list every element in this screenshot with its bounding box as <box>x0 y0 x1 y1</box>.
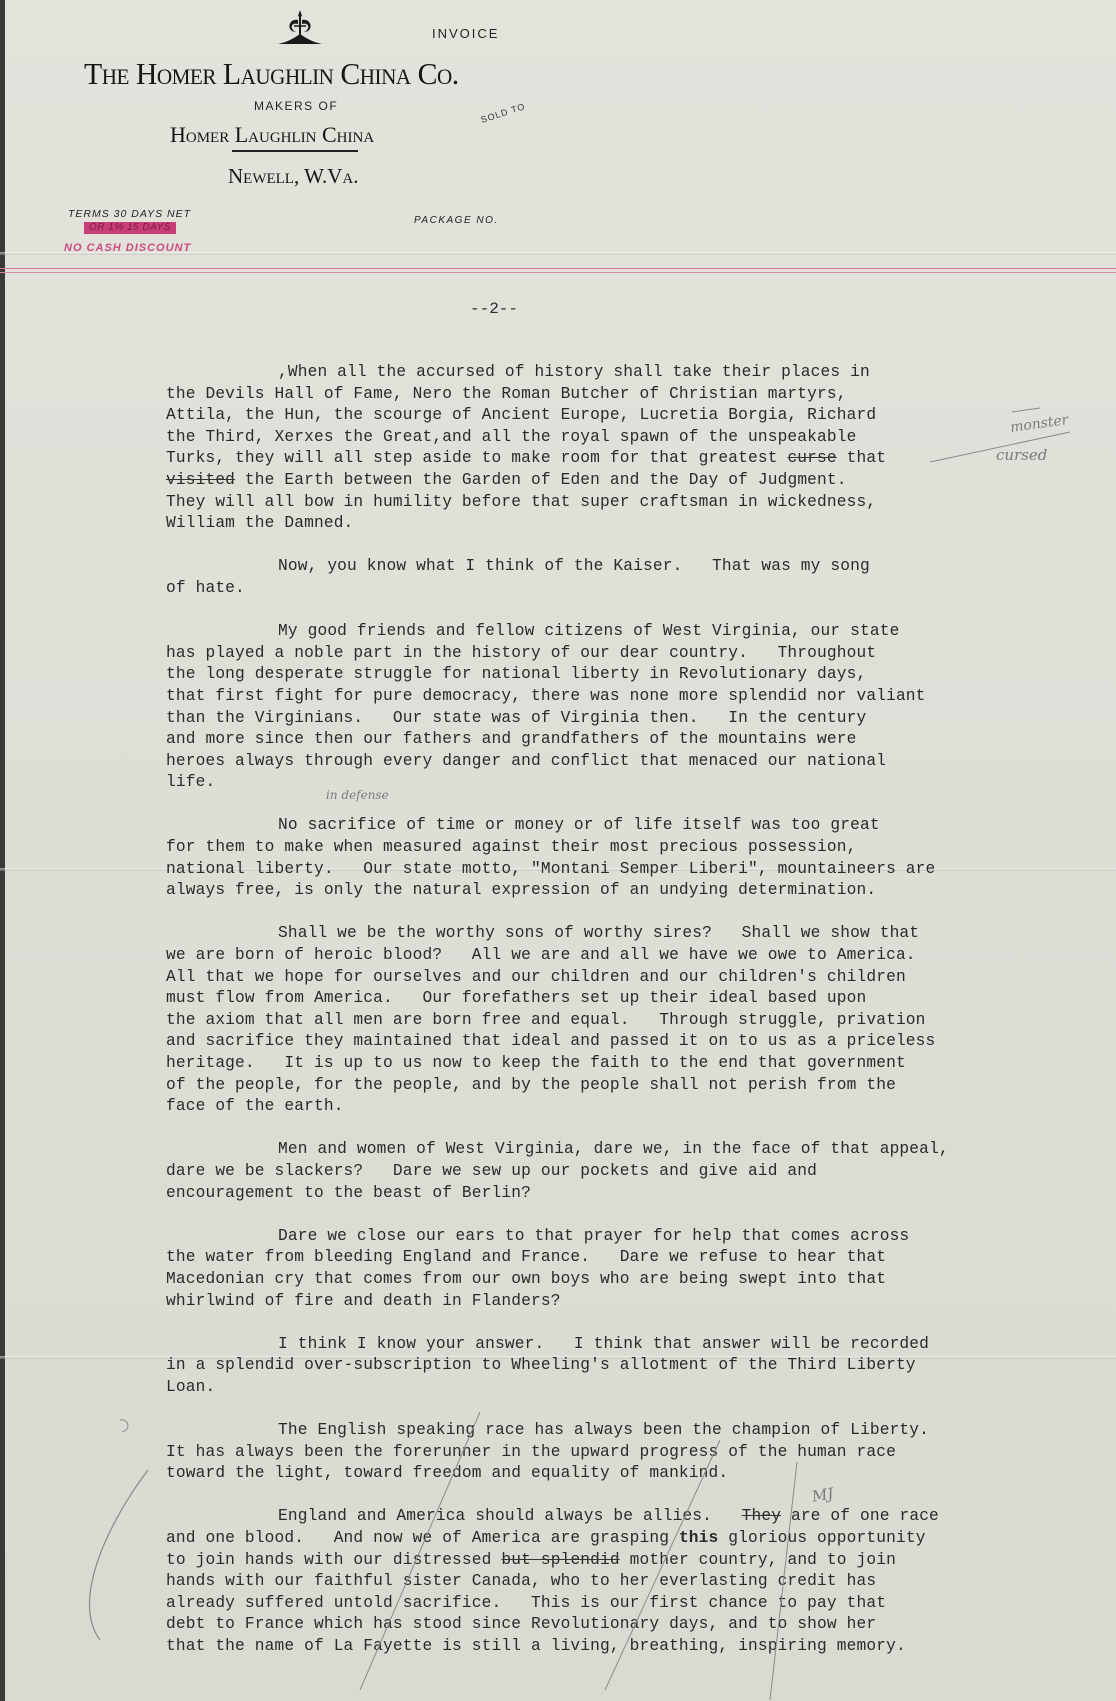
sold-to-label: SOLD TO <box>480 101 527 125</box>
text-line: Loan. <box>166 1377 1066 1399</box>
company-name: The Homer Laughlin China Co. <box>84 56 459 92</box>
text-run: dare we be slackers? Dare we sew up our … <box>166 1162 817 1180</box>
text-run: hands with our faithful sister Canada, w… <box>166 1572 876 1590</box>
text-run: the water from bleeding England and Fran… <box>166 1248 886 1266</box>
initials-note: MJ <box>811 1484 835 1505</box>
text-line: hands with our faithful sister Canada, w… <box>166 1571 1066 1593</box>
text-run: Now, you know what I think of the Kaiser… <box>278 557 870 575</box>
text-line: the long desperate struggle for national… <box>166 664 1066 686</box>
text-line: I think I know your answer. I think that… <box>166 1334 1066 1356</box>
text-run: Loan. <box>166 1378 215 1396</box>
text-run: All that we hope for ourselves and our c… <box>166 968 906 986</box>
text-line: England and America should always be all… <box>166 1506 1066 1528</box>
text-line: in a splendid over-subscription to Wheel… <box>166 1355 1066 1377</box>
text-run: toward the light, toward freedom and equ… <box>166 1464 728 1482</box>
text-line: and sacrifice they maintained that ideal… <box>166 1031 1066 1053</box>
text-run: William the Damned. <box>166 514 353 532</box>
text-line: to join hands with our distressed but sp… <box>166 1550 1066 1572</box>
text-line: debt to France which has stood since Rev… <box>166 1614 1066 1636</box>
text-run: must flow from America. Our forefathers … <box>166 989 866 1007</box>
text-line: than the Virginians. Our state was of Vi… <box>166 708 1066 730</box>
text-line: has played a noble part in the history o… <box>166 643 1066 665</box>
text-line: must flow from America. Our forefathers … <box>166 988 1066 1010</box>
text-line: heroes always through every danger and c… <box>166 751 1066 773</box>
company-location: Newell, W.Va. <box>228 164 359 189</box>
paragraph: The English speaking race has always bee… <box>166 1420 1066 1485</box>
inline-note: in defense <box>326 788 389 802</box>
text-line: we are born of heroic blood? All we are … <box>166 945 1066 967</box>
fleur-ornament-icon <box>274 8 326 48</box>
text-run: for them to make when measured against t… <box>166 838 857 856</box>
text-run: I think I know your answer. I think that… <box>278 1335 929 1353</box>
paragraph: No sacrifice of time or money or of life… <box>166 815 1066 901</box>
overtyped-text: this <box>679 1529 718 1547</box>
text-run: already suffered untold sacrifice. This … <box>166 1594 886 1612</box>
text-run: the axiom that all men are born free and… <box>166 1011 926 1029</box>
text-line: the axiom that all men are born free and… <box>166 1010 1066 1032</box>
text-run: that first fight for pure democracy, the… <box>166 687 926 705</box>
text-run: of the people, for the people, and by th… <box>166 1076 896 1094</box>
terms-line: TERMS 30 DAYS NET <box>68 208 191 220</box>
text-run: Attila, the Hun, the scourge of Ancient … <box>166 406 876 424</box>
brand-underline-flourish <box>232 150 358 152</box>
text-line: encouragement to the beast of Berlin? <box>166 1183 1066 1205</box>
text-line: It has always been the forerunner in the… <box>166 1442 1066 1464</box>
text-run: Macedonian cry that comes from our own b… <box>166 1270 886 1288</box>
text-run: to join hands with our distressed <box>166 1551 501 1569</box>
text-run: whirlwind of fire and death in Flanders? <box>166 1292 561 1310</box>
text-run: that <box>837 449 886 467</box>
text-line: My good friends and fellow citizens of W… <box>166 621 1066 643</box>
text-line: of the people, for the people, and by th… <box>166 1075 1066 1097</box>
text-line: Now, you know what I think of the Kaiser… <box>166 556 1066 578</box>
text-run: encouragement to the beast of Berlin? <box>166 1184 531 1202</box>
text-line: the water from bleeding England and Fran… <box>166 1247 1066 1269</box>
text-line: dare we be slackers? Dare we sew up our … <box>166 1161 1066 1183</box>
text-line: that the name of La Fayette is still a l… <box>166 1636 1066 1658</box>
text-run: It has always been the forerunner in the… <box>166 1443 896 1461</box>
text-line: face of the earth. <box>166 1096 1066 1118</box>
text-line: Attila, the Hun, the scourge of Ancient … <box>166 405 1066 427</box>
text-line: Macedonian cry that comes from our own b… <box>166 1269 1066 1291</box>
text-line: William the Damned. <box>166 513 1066 535</box>
text-line: heritage. It is up to us now to keep the… <box>166 1053 1066 1075</box>
page-edge-shadow <box>0 0 5 1701</box>
letter-page: INVOICE The Homer Laughlin China Co. MAK… <box>0 0 1116 1701</box>
invoice-label: INVOICE <box>432 26 499 41</box>
text-run: Dare we close our ears to that prayer fo… <box>278 1227 909 1245</box>
text-run: are of one race <box>781 1507 939 1525</box>
typed-letter-body: ,When all the accursed of history shall … <box>166 362 1066 1679</box>
terms-discount-stamp: OR 1% 15 DAYS <box>84 222 176 234</box>
text-run: the Earth between the Garden of Eden and… <box>235 471 847 489</box>
text-line: national liberty. Our state motto, "Mont… <box>166 859 1066 881</box>
text-run: the Devils Hall of Fame, Nero the Roman … <box>166 385 847 403</box>
text-line: of hate. <box>166 578 1066 600</box>
text-run: that the name of La Fayette is still a l… <box>166 1637 906 1655</box>
brand-name: Homer Laughlin China <box>170 122 374 148</box>
struck-text: curse <box>787 449 836 467</box>
text-run: of hate. <box>166 579 245 597</box>
paragraph: England and America should always be all… <box>166 1506 1066 1657</box>
paragraph: My good friends and fellow citizens of W… <box>166 621 1066 794</box>
page-number: --2-- <box>470 300 518 318</box>
letterhead-rule <box>0 268 1116 269</box>
text-line: Turks, they will all step aside to make … <box>166 448 1066 470</box>
letterhead-rule <box>0 272 1116 273</box>
text-line: for them to make when measured against t… <box>166 837 1066 859</box>
text-line: and more since then our fathers and gran… <box>166 729 1066 751</box>
text-line: visited the Earth between the Garden of … <box>166 470 1066 492</box>
text-run: They will all bow in humility before tha… <box>166 493 876 511</box>
text-run: Turks, they will all step aside to make … <box>166 449 787 467</box>
text-run: glorious opportunity <box>718 1529 925 1547</box>
no-cash-discount-label: NO CASH DISCOUNT <box>64 242 191 254</box>
struck-text: They <box>742 1507 781 1525</box>
text-run: in a splendid over-subscription to Wheel… <box>166 1356 916 1374</box>
text-line: Shall we be the worthy sons of worthy si… <box>166 923 1066 945</box>
text-run: England and America should always be all… <box>278 1507 742 1525</box>
text-run: we are born of heroic blood? All we are … <box>166 946 916 964</box>
margin-note: cursed <box>996 446 1047 464</box>
text-line: The English speaking race has always bee… <box>166 1420 1066 1442</box>
text-run: heritage. It is up to us now to keep the… <box>166 1054 906 1072</box>
text-run: has played a noble part in the history o… <box>166 644 876 662</box>
text-run: the long desperate struggle for national… <box>166 665 866 683</box>
text-line: ,When all the accursed of history shall … <box>166 362 1066 384</box>
text-line: No sacrifice of time or money or of life… <box>166 815 1066 837</box>
text-line: the Devils Hall of Fame, Nero the Roman … <box>166 384 1066 406</box>
text-run: always free, is only the natural express… <box>166 881 876 899</box>
text-line: and one blood. And now we of America are… <box>166 1528 1066 1550</box>
text-run: Men and women of West Virginia, dare we,… <box>278 1140 949 1158</box>
paragraph: I think I know your answer. I think that… <box>166 1334 1066 1399</box>
paragraph: Shall we be the worthy sons of worthy si… <box>166 923 1066 1117</box>
paragraph: Now, you know what I think of the Kaiser… <box>166 556 1066 599</box>
text-run: mother country, and to join <box>620 1551 896 1569</box>
paragraph: ,When all the accursed of history shall … <box>166 362 1066 535</box>
text-run: debt to France which has stood since Rev… <box>166 1615 876 1633</box>
text-line: that first fight for pure democracy, the… <box>166 686 1066 708</box>
text-run: No sacrifice of time or money or of life… <box>278 816 880 834</box>
text-line: They will all bow in humility before tha… <box>166 492 1066 514</box>
text-run: and sacrifice they maintained that ideal… <box>166 1032 935 1050</box>
text-line: Dare we close our ears to that prayer fo… <box>166 1226 1066 1248</box>
text-line: toward the light, toward freedom and equ… <box>166 1463 1066 1485</box>
struck-text: visited <box>166 471 235 489</box>
paragraph: Men and women of West Virginia, dare we,… <box>166 1139 1066 1204</box>
text-line: whirlwind of fire and death in Flanders? <box>166 1291 1066 1313</box>
text-run: than the Virginians. Our state was of Vi… <box>166 709 866 727</box>
text-run: and more since then our fathers and gran… <box>166 730 857 748</box>
text-line: Men and women of West Virginia, dare we,… <box>166 1139 1066 1161</box>
text-line: life. <box>166 772 1066 794</box>
text-line: the Third, Xerxes the Great,and all the … <box>166 427 1066 449</box>
text-run: the Third, Xerxes the Great,and all the … <box>166 428 857 446</box>
package-number-label: PACKAGE NO. <box>414 215 499 226</box>
paragraph: Dare we close our ears to that prayer fo… <box>166 1226 1066 1312</box>
makers-of-label: MAKERS OF <box>254 99 338 113</box>
struck-text: but splendid <box>501 1551 619 1569</box>
text-run: Shall we be the worthy sons of worthy si… <box>278 924 919 942</box>
text-run: ,When all the accursed of history shall … <box>278 363 870 381</box>
text-run: national liberty. Our state motto, "Mont… <box>166 860 935 878</box>
text-run: The English speaking race has always bee… <box>278 1421 929 1439</box>
text-run: face of the earth. <box>166 1097 344 1115</box>
text-line: already suffered untold sacrifice. This … <box>166 1593 1066 1615</box>
text-line: All that we hope for ourselves and our c… <box>166 967 1066 989</box>
text-run: heroes always through every danger and c… <box>166 752 886 770</box>
text-line: always free, is only the natural express… <box>166 880 1066 902</box>
text-run: and one blood. And now we of America are… <box>166 1529 679 1547</box>
text-run: My good friends and fellow citizens of W… <box>278 622 899 640</box>
text-run: life. <box>166 773 215 791</box>
